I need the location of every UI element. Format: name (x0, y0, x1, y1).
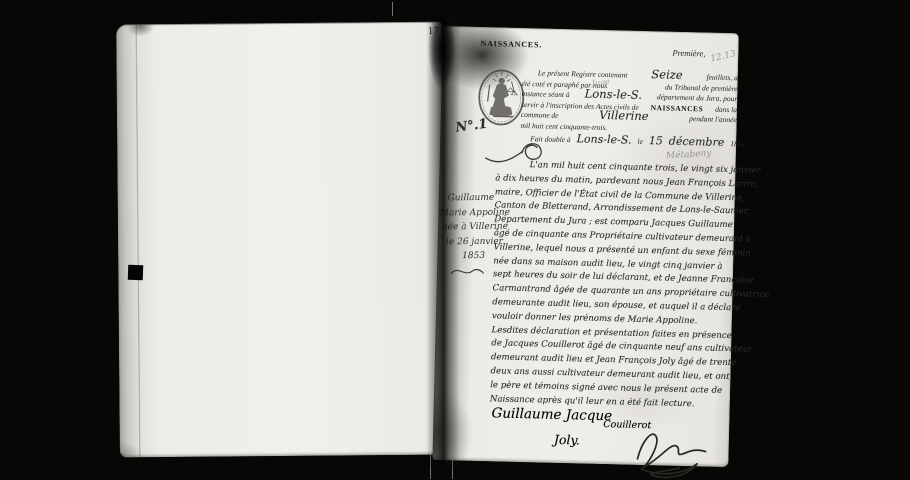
handwritten-count: Seize (651, 74, 682, 75)
fait-year: 1852, (730, 139, 747, 148)
act-body: L'an mil huit cent cinquante trois, le v… (490, 158, 738, 412)
fait-place: Lons-le-S. (577, 132, 632, 146)
page-edge-notch (128, 265, 144, 281)
preamble-text: feuillets, a (706, 72, 737, 82)
preamble-text: département du Jura, pour (657, 92, 738, 103)
preamble-text: commune de (521, 110, 559, 120)
pencil-annotation-commune: Métabeny (666, 149, 712, 162)
fait-day: 15 (649, 134, 663, 147)
register-page: NAISSANCES. Première, 12.13 (432, 26, 739, 467)
preamble-text: Le présent Registre contenant (538, 68, 628, 79)
fait-le: le (637, 137, 643, 146)
preamble-text: dans la (715, 104, 737, 114)
handwritten-place: Lons-le-S. (585, 94, 642, 95)
fait-month: décembre (669, 135, 725, 149)
signature-joly: Joly. (554, 432, 580, 448)
left-blank-page (116, 22, 446, 458)
officer-signature-flourish (629, 423, 710, 480)
scan-scratch (392, 2, 393, 16)
book-gutter-top-shadow (428, 8, 456, 90)
preamble-text: pendant l'année (689, 114, 737, 124)
preamble-text: instance séant à (521, 89, 570, 99)
pencil-annotation-top: 12.13 (710, 49, 737, 64)
register-preamble: Le présent Registre contenant Seize feui… (520, 68, 737, 137)
series-label: Première, (672, 48, 705, 59)
archival-scan: 17 NAISSANCES. Première, 12.13 (0, 0, 910, 480)
page-title: NAISSANCES. (480, 39, 542, 49)
handwritten-commune: Villerine (599, 115, 648, 116)
signature-guillaume: Guillaume Jacque (491, 405, 612, 424)
preamble-naissances-bold: NAISSANCES (651, 103, 704, 113)
preamble-text: du Tribunal de première (665, 82, 738, 93)
